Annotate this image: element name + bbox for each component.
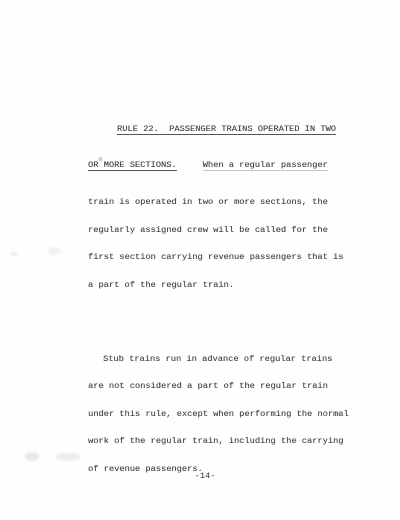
scan-artifact bbox=[99, 157, 102, 161]
rule-heading-text-1: RULE 22. PASSENGER TRAINS OPERATED IN TW… bbox=[117, 124, 336, 135]
paragraph-2-line: work of the regular train, including the… bbox=[88, 437, 358, 446]
paragraph-2-line: are not considered a part of the regular… bbox=[88, 382, 358, 391]
paragraph-2-line: under this rule, except when performing … bbox=[88, 410, 358, 419]
heading-line-2: OR MORE SECTIONS.When a regular passenge… bbox=[88, 161, 358, 170]
scan-artifact bbox=[55, 453, 81, 461]
scan-artifact bbox=[10, 252, 18, 256]
rule-heading-text-2: OR MORE SECTIONS. bbox=[88, 160, 177, 171]
page-number: -14- bbox=[0, 471, 400, 481]
scan-artifact bbox=[48, 247, 60, 255]
scanned-document-page: RULE 22. PASSENGER TRAINS OPERATED IN TW… bbox=[0, 0, 400, 520]
paragraph-1-line: regularly assigned crew will be called f… bbox=[88, 226, 358, 235]
paragraph-2-line: Stub trains run in advance of regular tr… bbox=[88, 355, 358, 364]
paragraph-1-intro: When a regular passenger bbox=[203, 160, 328, 171]
paragraph-1-line: first section carrying revenue passenger… bbox=[88, 253, 358, 262]
paragraph-2-text: Stub trains run in advance of regular tr… bbox=[103, 354, 332, 364]
paragraph-break bbox=[88, 318, 358, 327]
heading-line-1: RULE 22. PASSENGER TRAINS OPERATED IN TW… bbox=[88, 125, 358, 134]
scan-artifact bbox=[25, 452, 39, 461]
text-block: RULE 22. PASSENGER TRAINS OPERATED IN TW… bbox=[88, 97, 358, 502]
paragraph-1-line: a part of the regular train. bbox=[88, 281, 358, 290]
paragraph-1-line: train is operated in two or more section… bbox=[88, 198, 358, 207]
